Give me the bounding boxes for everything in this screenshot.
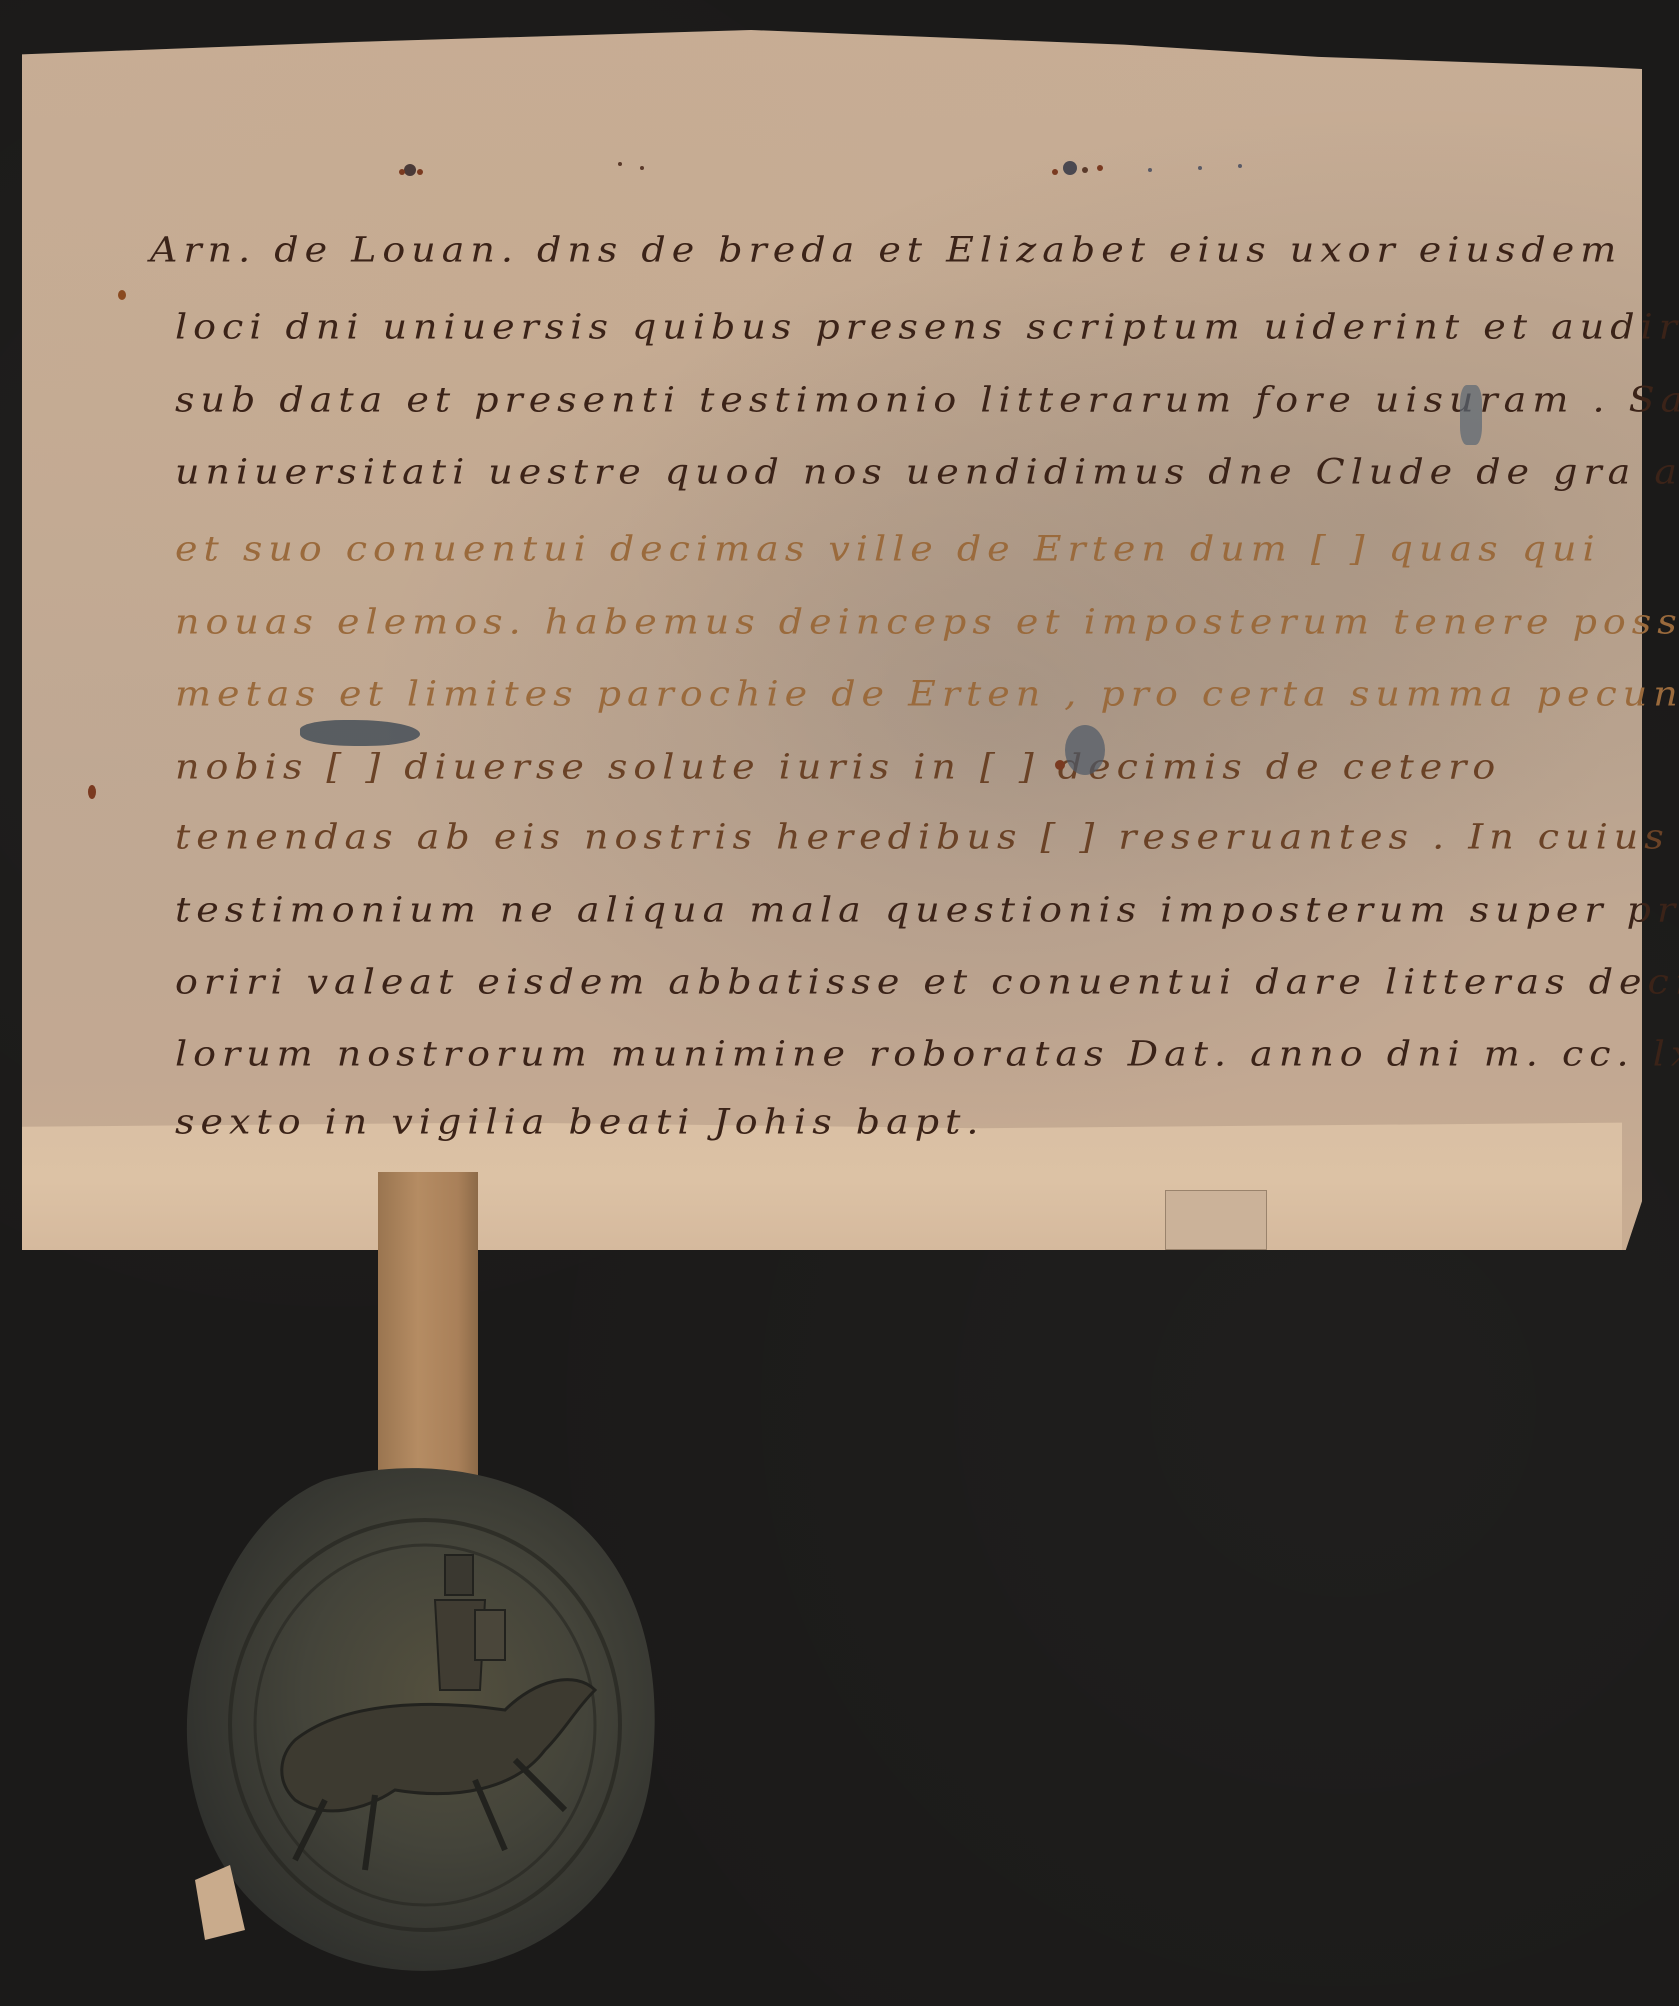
seal-tag-strip — [378, 1172, 478, 1502]
equestrian-seal-icon — [175, 1460, 665, 1980]
ink-stain — [1065, 725, 1105, 775]
text-line-6: nouas elemos. habemus deinceps et impost… — [175, 602, 1679, 642]
ink-stain — [300, 720, 420, 746]
text-line-10: testimonium ne aliqua mala questionis im… — [175, 890, 1679, 930]
text-line-7: metas et limites parochie de Erten , pro… — [175, 674, 1679, 714]
text-line-2: loci dni uniuersis quibus presens script… — [175, 307, 1679, 347]
text-line-13: sexto in vigilia beati Johis bapt. — [175, 1102, 984, 1142]
top-ink-marks-icon — [380, 150, 1280, 190]
ink-spot — [88, 785, 96, 799]
text-line-1: Arn. de Louan. dns de breda et Elizabet … — [150, 230, 1622, 270]
text-line-11: oriri valeat eisdem abbatisse et conuent… — [175, 962, 1679, 1002]
parchment-slit-patch — [1165, 1190, 1267, 1250]
text-line-3: sub data et presenti testimonio litterar… — [175, 380, 1679, 420]
text-line-5: et suo conuentui decimas ville de Erten … — [175, 529, 1601, 569]
ink-stain — [1460, 385, 1482, 445]
ink-spot — [1055, 760, 1065, 770]
text-line-4: uniuersitati uestre quod nos uendidimus … — [175, 452, 1679, 492]
text-line-12: lorum nostrorum munimine roboratas Dat. … — [175, 1034, 1679, 1074]
text-line-9: tenendas ab eis nostris heredibus [ ] re… — [175, 817, 1679, 857]
text-line-8: nobis [ ] diuerse solute iuris in [ ] de… — [175, 747, 1501, 787]
ink-spot — [118, 290, 126, 300]
document-photograph: Arn. de Louan. dns de breda et Elizabet … — [0, 0, 1679, 2006]
